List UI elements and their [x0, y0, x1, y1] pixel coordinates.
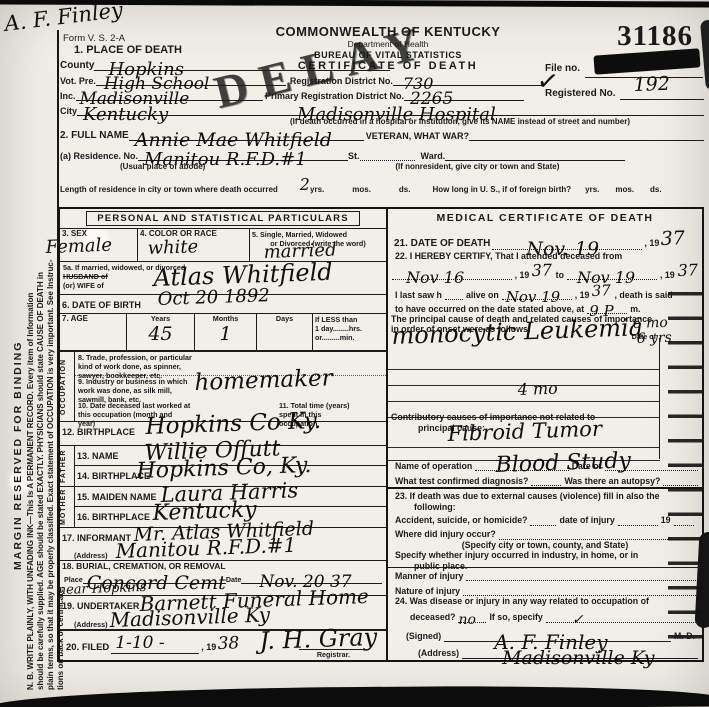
length-label: Length of residence in city or town wher…: [60, 185, 278, 194]
st-label: St.: [348, 151, 360, 161]
yrs-label: yrs.: [585, 185, 599, 194]
specify-label-1: Specify whether injury occurred in indus…: [392, 550, 698, 561]
attend-to-label: to: [553, 270, 567, 281]
precinct-line: Vot. Pre. High School Registration Distr…: [60, 74, 704, 86]
less-label-3: or.........min.: [315, 333, 384, 342]
filed-19-label: , 19: [199, 642, 218, 654]
injury-date-label: date of injury: [556, 515, 617, 526]
occupation-side-label: OCCUPATION: [60, 352, 75, 421]
margin-line: plain terms, so that it may be properly …: [46, 40, 56, 690]
personal-title: PERSONAL AND STATISTICAL PARTICULARS: [86, 211, 360, 226]
principal-cause-section: The principal cause of death and related…: [388, 314, 702, 412]
ds-label: ds.: [650, 185, 662, 194]
father-name-label: 13. NAME: [75, 450, 121, 462]
operation-section: Name of operation Date of What test conf…: [388, 459, 702, 489]
undertaker-address-label: (Address): [60, 620, 108, 629]
physician-address-value: Madisonville Ky: [502, 647, 654, 669]
external-causes-section: 23. If death was due to external causes …: [388, 489, 702, 567]
undertaker-address-value: Madisonville Ky: [109, 602, 270, 632]
scan-edge-bottom: [0, 684, 709, 707]
ward-label: Ward.: [421, 151, 446, 161]
attend-year-b: 37: [677, 261, 698, 281]
last-saw-year: 37: [592, 282, 612, 301]
residence-label: (a) Residence. No.: [60, 151, 138, 161]
deceased-label: deceased?: [392, 612, 458, 623]
residence-notes: (Usual place of abode) (If nonresident, …: [60, 162, 704, 171]
signed-label: (Signed): [392, 631, 444, 642]
less-than-day-cell: If LESS than 1 day........hrs. or.......…: [312, 314, 386, 350]
age-label: 7. AGE: [60, 314, 126, 350]
marital-label-1: 5. Single, Married, Widowed: [252, 230, 384, 239]
birthplace-label: 12. BIRTHPLACE: [60, 426, 137, 438]
attend-19b: , 19: [657, 270, 678, 281]
inc-label: Inc.: [60, 91, 76, 101]
sex-cell: 3. SEX Female: [60, 229, 138, 261]
mother-birthplace-label: 16. BIRTHPLACE: [75, 511, 152, 523]
last-saw-19: , 19: [572, 290, 593, 301]
specify-city-label: (Specify city or town, county, and State…: [392, 540, 698, 551]
informant-address-value: Manitou R.F.D.#1: [115, 533, 296, 563]
physician-address-label: (Address): [392, 648, 462, 659]
medical-title: MEDICAL CERTIFICATE OF DEATH: [388, 209, 702, 228]
nonresident-note: (If nonresident, give city or town and S…: [395, 162, 559, 171]
certify-text: I HEREBY CERTIFY, That I attended deceas…: [410, 251, 622, 261]
age-years-cell: Years 45: [126, 314, 194, 350]
yrs-label: yrs.: [310, 185, 324, 194]
margin-line: N. B. WRITE PLAINLY, WITH UNFADING INK—T…: [26, 40, 36, 690]
years-label: Years: [127, 314, 194, 323]
hospital-note: (If death occurred in a hospital or inst…: [290, 117, 704, 126]
injury-lines: Manner of injury Nature of injury: [388, 567, 702, 595]
less-label-1: If LESS than: [315, 315, 384, 324]
age-row: 7. AGE Years 45 Months 1 Days If LESS th…: [60, 314, 386, 352]
accident-label: Accident, suicide, or homicide?: [392, 515, 530, 526]
trade-label-1: 8. Trade, profession, or particular: [78, 353, 383, 362]
father-side-label: FATHER: [60, 446, 75, 486]
mother-name-label: 15. MAIDEN NAME: [75, 491, 159, 503]
city-value: Kentucky: [83, 104, 168, 125]
county-line: County Hopkins: [60, 59, 390, 71]
informant-address-label: (Address): [60, 551, 108, 560]
burial-label: 18. BURIAL, CREMATION, OR REMOVAL: [60, 561, 386, 572]
dod-19-label: , 19: [642, 238, 661, 250]
burial-date-label: Date: [226, 575, 242, 584]
personal-title-row: PERSONAL AND STATISTICAL PARTICULARS: [60, 209, 386, 229]
death-said: , death is said: [611, 290, 675, 301]
filed-date-value: 1-10 -: [115, 633, 164, 653]
full-name-value: Annie Mae Whitfield: [135, 129, 332, 151]
sex-race-marital-row: 3. SEX Female 4. COLOR OR RACE white 5. …: [60, 229, 386, 262]
external-label-2: following:: [392, 502, 698, 513]
reg-district-label: Registration District No.: [290, 76, 393, 86]
race-value: white: [147, 236, 198, 259]
onset-column-divider: [659, 338, 660, 412]
medical-column: MEDICAL CERTIFICATE OF DEATH 21. DATE OF…: [388, 209, 702, 660]
attended-from-value: Nov 16: [406, 268, 464, 287]
full-name-line: 2. FULL NAME Annie Mae Whitfield VETERAN…: [60, 129, 704, 141]
duration-value: 4 mo: [517, 378, 558, 398]
death-certificate-scan: MARGIN RESERVED FOR BINDING N. B. WRITE …: [0, 0, 709, 707]
operation-value: Blood Study: [495, 448, 631, 478]
foreign-label: How long in U. S., if of foreign birth?: [432, 185, 571, 194]
age-months-cell: Months 1: [194, 314, 256, 350]
filed-label: 20. FILED: [64, 642, 111, 654]
inc-town-line: Inc. Madisonville Primary Registration D…: [60, 89, 704, 101]
full-name-label: 2. FULL NAME: [60, 130, 129, 141]
operation-label: Name of operation: [392, 461, 475, 472]
last-worked-label-1: 10. Date deceased last worked at: [78, 401, 273, 410]
date-of-death-row: 21. DATE OF DEATH Nov. 19 , 19 37: [388, 228, 702, 250]
attend-19a: , 19: [512, 270, 533, 281]
dod-year-value: 37: [661, 227, 686, 250]
certify-block: 22. I HEREBY CERTIFY, That I attended de…: [388, 250, 702, 314]
if-so-label: If so, specify: [486, 612, 545, 623]
age-years-value: 45: [148, 323, 172, 345]
city-line: City Kentucky Madisonville Hospital: [60, 104, 704, 116]
corner-signature: A. F. Finley: [3, 0, 124, 36]
registrar-label: Registrar.: [299, 649, 368, 659]
industry-value: homemaker: [194, 365, 333, 396]
primary-district-label: Primary Registration District No.: [265, 91, 404, 101]
md-label: M. D.: [671, 631, 698, 642]
months-label: Months: [195, 314, 256, 323]
place-of-death-title: 1. PLACE OF DEATH: [74, 44, 704, 56]
mos-label: mos.: [352, 185, 371, 194]
last-saw-post: alive on: [463, 290, 502, 301]
days-label: Days: [257, 314, 312, 323]
length-of-residence-line: Length of residence in city or town wher…: [60, 175, 704, 194]
margin-binding-text: MARGIN RESERVED FOR BINDING: [12, 341, 24, 570]
related-value: no: [458, 612, 475, 628]
husband-of-label: HUSBAND of: [63, 272, 108, 281]
county-label: County: [60, 60, 94, 71]
occurred-text: to have occurred on the date stated abov…: [392, 304, 587, 315]
dob-row: 6. DATE OF BIRTH Oct 20 1892: [60, 295, 386, 314]
veteran-label: VETERAN, WHAT WAR?: [366, 131, 469, 141]
occupation-relation-section: 24. Was disease or injury in any way rel…: [388, 595, 702, 660]
related-label: 24. Was disease or injury in any way rel…: [392, 596, 698, 607]
date-of-death-label: 21. DATE OF DEATH: [392, 237, 492, 250]
filed-year-value: 38: [218, 633, 240, 654]
mother-side-label: MOTHER: [60, 487, 75, 527]
sex-value: Female: [45, 235, 112, 258]
where-label: Where did injury occur?: [392, 529, 499, 540]
informant-row: 17. INFORMANT Mr. Atlas Whitfield (Addre…: [60, 528, 386, 561]
less-label-2: 1 day........hrs.: [315, 324, 384, 333]
if-so-check-icon: ✓: [572, 612, 584, 628]
last-saw-pre: I last saw h: [392, 290, 445, 301]
place-of-death-section: 1. PLACE OF DEATH County Hopkins Vot. Pr…: [60, 44, 704, 194]
personal-column: PERSONAL AND STATISTICAL PARTICULARS 3. …: [60, 209, 388, 660]
ds-label: ds.: [399, 185, 411, 194]
certify-no: 22.: [395, 251, 407, 261]
external-label-1: 23. If death was due to external causes …: [392, 491, 698, 502]
race-cell: 4. COLOR OR RACE white: [138, 229, 250, 261]
attend-year-a: 37: [532, 261, 553, 281]
precinct-label: Vot. Pre.: [60, 76, 96, 86]
city-label: City: [60, 106, 77, 116]
filed-row: 20. FILED 1-10 - , 19 38 J. H. Gray Regi…: [60, 631, 386, 660]
manner-of-injury-label: Manner of injury: [392, 571, 466, 582]
margin-line: should be carefully supplied. AGE should…: [36, 40, 46, 690]
dob-value: Oct 20 1892: [157, 285, 270, 310]
length-value: 2: [299, 175, 310, 194]
residence-line: (a) Residence. No. Manitou R.F.D.#1 St. …: [60, 149, 704, 161]
age-days-cell: Days: [256, 314, 312, 350]
birthplace-value: Hopkins Co Ky.: [145, 408, 321, 440]
abode-note: (Usual place of abode): [120, 162, 205, 171]
form-number: Form V. S. 2-A: [63, 33, 125, 44]
age-months-value: 1: [219, 323, 231, 345]
mos-label: mos.: [615, 185, 634, 194]
marital-cell: 5. Single, Married, Widowed or Divorced …: [250, 229, 386, 261]
dob-label: 6. DATE OF BIRTH: [60, 299, 143, 311]
autopsy-label: Was there an autopsy?: [561, 476, 663, 487]
particulars-table: PERSONAL AND STATISTICAL PARTICULARS 3. …: [58, 207, 704, 662]
